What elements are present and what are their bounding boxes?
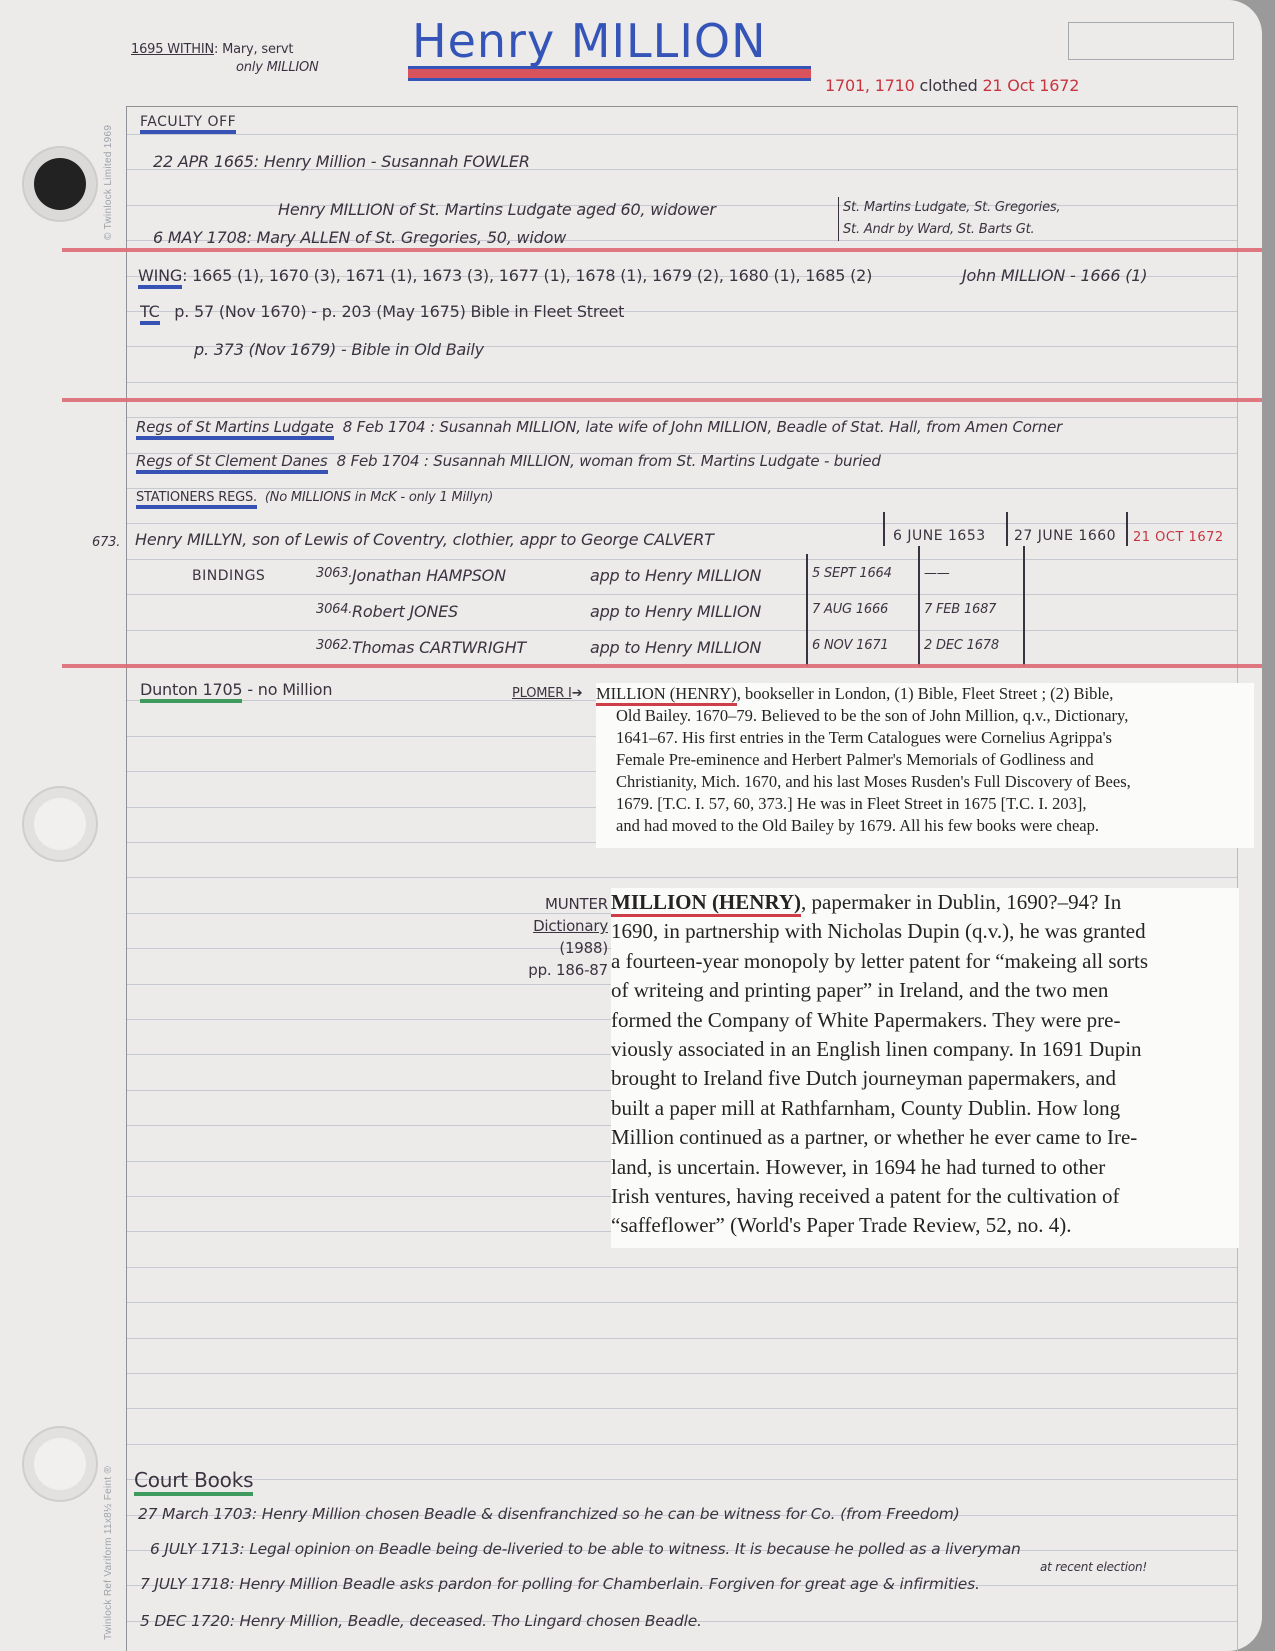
munter-line: formed the Company of White Papermakers.…	[611, 1006, 1239, 1035]
plomer-line: and had moved to the Old Bailey by 1679.…	[616, 815, 1254, 837]
plomer-clipping: MILLION (HENRY), bookseller in London, (…	[596, 683, 1254, 848]
munter-line: built a paper mill at Rathfarnham, Count…	[611, 1094, 1239, 1123]
register-st-clement: Regs of St Clement Danes 8 Feb 1704 : Su…	[136, 452, 881, 470]
munter-label-line: (1988)	[508, 937, 608, 959]
court-entry: 6 JULY 1713: Legal opinion on Beadle bei…	[150, 1540, 1021, 1558]
court-entry: 5 DEC 1720: Henry Million, Beadle, decea…	[140, 1612, 702, 1630]
binding-to: app to Henry MILLION	[590, 602, 761, 621]
court-entry-text: : Henry Million Beadle asks pardon for p…	[230, 1575, 980, 1593]
binding-to: app to Henry MILLION	[590, 566, 761, 585]
munter-label: MUNTERDictionary(1988)pp. 186-87	[508, 893, 608, 981]
plomer-label: PLOMER I➔	[512, 686, 582, 701]
column-divider	[883, 512, 885, 546]
imprint-top: © Twinlock Limited 1969	[103, 125, 114, 240]
binder-hole-middle	[34, 798, 86, 850]
column-divider	[1006, 512, 1008, 546]
faculty-entry-1: 22 APR 1665: Henry Million - Susannah FO…	[153, 152, 530, 171]
munter-label-line: Dictionary	[508, 915, 608, 937]
column-divider	[806, 554, 808, 666]
munter-clipping: MILLION (HENRY), papermaker in Dublin, 1…	[611, 888, 1239, 1248]
stationers-heading-line: STATIONERS REGS. (No MILLIONS in McK - o…	[136, 490, 493, 505]
binding-to: app to Henry MILLION	[590, 638, 761, 657]
freedom-note: 1701, 1710 clothed 21 Oct 1672	[825, 76, 1079, 95]
plomer-line: Christianity, Mich. 1670, and his last M…	[616, 771, 1254, 793]
tc-line-2: p. 373 (Nov 1679) - Bible in Old Baily	[194, 340, 484, 359]
court-books-heading: Court Books	[134, 1468, 253, 1492]
munter-line: Million continued as a partner, or wheth…	[611, 1123, 1239, 1152]
bindings-label: BINDINGS	[192, 568, 265, 584]
binder-hole-bottom	[34, 1438, 86, 1490]
plomer-line: 1679. [T.C. I. 57, 60, 373.] He was in F…	[616, 793, 1254, 815]
court-entry-date: 7 JULY 1718	[140, 1575, 230, 1593]
title-underline	[408, 66, 811, 81]
tc-line-1: TC p. 57 (Nov 1670) - p. 203 (May 1675) …	[140, 302, 624, 321]
imprint-bottom: Twinlock Ref Variform 11x8½ Feint ®	[103, 1466, 114, 1640]
munter-line: of writeing and printing paper” in Irela…	[611, 976, 1239, 1005]
binding-no: 3062.	[316, 638, 352, 653]
plomer-line: Old Bailey. 1670–79. Believed to be the …	[616, 705, 1254, 727]
red-divider	[62, 248, 1262, 252]
binding-name: Robert JONES	[352, 602, 458, 621]
page-frame	[126, 106, 1238, 1651]
red-divider	[62, 398, 1262, 402]
binding-freed: 7 FEB 1687	[924, 602, 996, 617]
court-superscript: at recent election!	[1040, 1560, 1147, 1574]
munter-line: a fourteen-year monopoly by letter paten…	[611, 947, 1239, 976]
parish-bracket-note: St. Martins Ludgate, St. Gregories, St. …	[838, 197, 1060, 241]
munter-line: viously associated in an English linen c…	[611, 1035, 1239, 1064]
margin-note-line2: only MILLION	[236, 60, 319, 75]
clothed-date: 21 OCT 1672	[1133, 530, 1224, 545]
court-entry-text: : Henry Million, Beadle, deceased. Tho L…	[230, 1612, 702, 1630]
binding-name: Jonathan HAMPSON	[352, 566, 506, 585]
margin-note: 1695 WITHIN: Mary, servt	[131, 42, 293, 57]
binding-bound: 5 SEPT 1664	[812, 566, 892, 581]
wing-line: WING: 1665 (1), 1670 (3), 1671 (1), 1673…	[138, 266, 872, 285]
freed-date: 27 JUNE 1660	[1014, 528, 1116, 544]
notebook-page: © Twinlock Limited 1969 Twinlock Ref Var…	[0, 0, 1262, 1651]
munter-line: 1690, in partnership with Nicholas Dupin…	[611, 917, 1239, 946]
court-entry-date: 27 March 1703	[138, 1505, 252, 1523]
faculty-entry-2-line2: 6 MAY 1708: Mary ALLEN of St. Gregories,…	[153, 228, 566, 247]
binder-hole-top	[34, 158, 86, 210]
bound-date: 6 JUNE 1653	[893, 528, 986, 544]
munter-line: Irish ventures, having received a patent…	[611, 1182, 1239, 1211]
plomer-line: 1641–67. His first entries in the Term C…	[616, 727, 1254, 749]
binding-freed: 2 DEC 1678	[924, 638, 999, 653]
binding-bound: 7 AUG 1666	[812, 602, 888, 617]
munter-line: “saffeflower” (World's Paper Trade Revie…	[611, 1211, 1239, 1240]
page-title: Henry MILLION	[412, 14, 767, 68]
faculty-office-heading: FACULTY OFF	[140, 114, 236, 134]
red-divider	[62, 664, 1262, 668]
column-divider	[918, 546, 920, 666]
court-entry-date: 5 DEC 1720	[140, 1612, 230, 1630]
munter-line: land, is uncertain. However, in 1694 he …	[611, 1153, 1239, 1182]
binding-name: Thomas CARTWRIGHT	[352, 638, 526, 657]
binding-freed: ——	[924, 566, 950, 581]
index-box	[1068, 22, 1234, 60]
court-entry: 27 March 1703: Henry Million chosen Bead…	[138, 1505, 960, 1523]
column-divider	[1126, 512, 1128, 546]
register-st-martins: Regs of St Martins Ludgate 8 Feb 1704 : …	[136, 418, 1062, 436]
plomer-line: Female Pre-eminence and Herbert Palmer's…	[616, 749, 1254, 771]
binding-bound: 6 NOV 1671	[812, 638, 888, 653]
munter-label-line: pp. 186-87	[508, 959, 608, 981]
court-entry-text: : Henry Million chosen Beadle & disenfra…	[252, 1505, 960, 1523]
binding-no: 3063.	[316, 566, 352, 581]
faculty-entry-2-line1: Henry MILLION of St. Martins Ludgate age…	[278, 200, 716, 219]
munter-line: brought to Ireland five Dutch journeyman…	[611, 1064, 1239, 1093]
munter-label-line: MUNTER	[508, 893, 608, 915]
entry-number: 673.	[92, 535, 120, 550]
dunton-note: Dunton 1705 - no Million	[140, 680, 332, 699]
column-divider	[1023, 546, 1025, 666]
stationers-entry: Henry MILLYN, son of Lewis of Coventry, …	[135, 530, 714, 549]
court-entry-date: 6 JULY 1713	[150, 1540, 240, 1558]
court-entry-text: : Legal opinion on Beadle being de-liver…	[240, 1540, 1021, 1558]
john-million-note: John MILLION - 1666 (1)	[962, 266, 1147, 285]
binding-no: 3064.	[316, 602, 352, 617]
court-entry: 7 JULY 1718: Henry Million Beadle asks p…	[140, 1575, 980, 1593]
